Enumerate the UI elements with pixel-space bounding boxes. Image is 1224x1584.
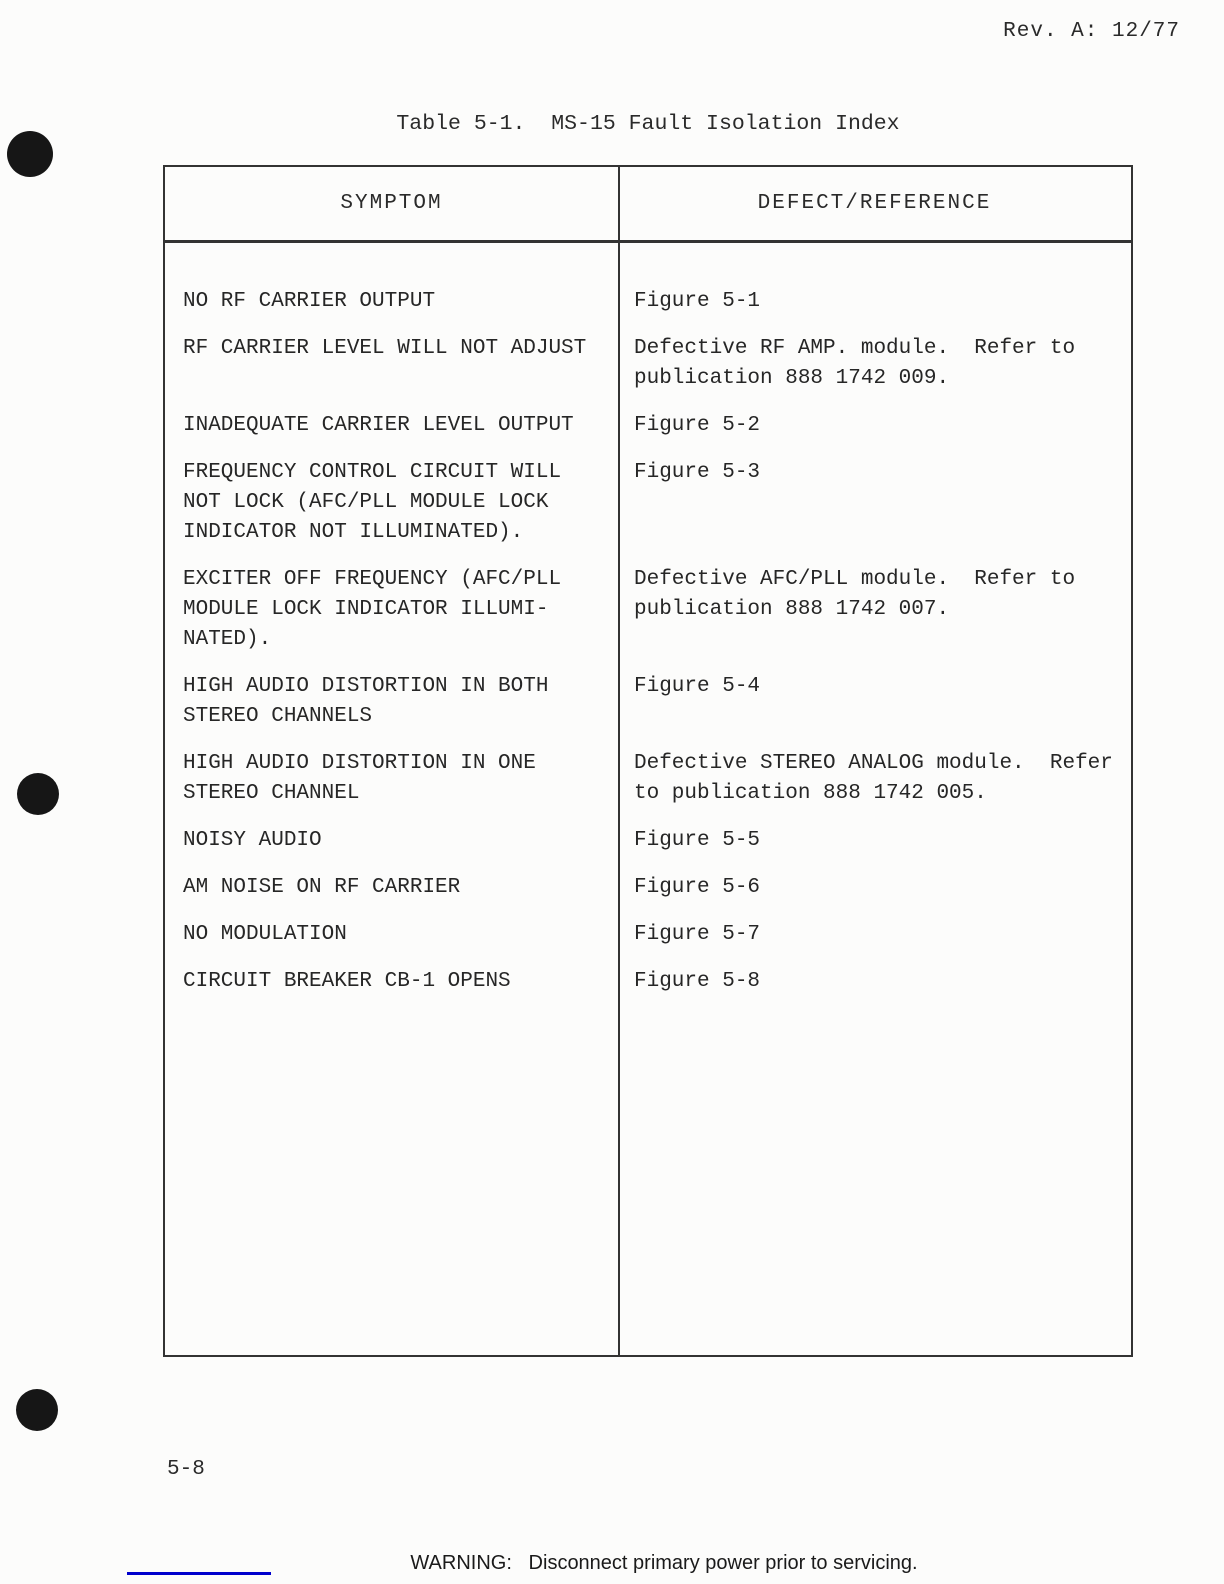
table-row: NOISY AUDIO Figure 5-5 — [165, 826, 1131, 856]
table-row: NO RF CARRIER OUTPUT Figure 5-1 — [165, 287, 1131, 317]
symptom-cell: AM NOISE ON RF CARRIER — [165, 873, 618, 903]
defect-cell: Figure 5-7 — [618, 920, 1131, 950]
scanned-manual-page: { "page": { "rev_label": "Rev. A: 12/77"… — [0, 0, 1224, 1584]
symptom-cell: INADEQUATE CARRIER LEVEL OUTPUT — [165, 411, 618, 441]
table-row: AM NOISE ON RF CARRIER Figure 5-6 — [165, 873, 1131, 903]
table-row: EXCITER OFF FREQUENCY (AFC/PLL MODULE LO… — [165, 565, 1131, 655]
defect-cell: Defective STEREO ANALOG module. Refer to… — [618, 749, 1131, 809]
column-divider — [618, 167, 620, 1355]
table-row: CIRCUIT BREAKER CB-1 OPENS Figure 5-8 — [165, 967, 1131, 997]
defect-cell: Figure 5-5 — [618, 826, 1131, 856]
defect-cell: Figure 5-8 — [618, 967, 1131, 997]
fault-isolation-table: SYMPTOM DEFECT/REFERENCE NO RF CARRIER O… — [163, 165, 1133, 1357]
table-row: FREQUENCY CONTROL CIRCUIT WILL NOT LOCK … — [165, 458, 1131, 548]
page-number: 5-8 — [167, 1458, 205, 1481]
hole-punch-dot — [7, 131, 53, 177]
table-body: NO RF CARRIER OUTPUT Figure 5-1 RF CARRI… — [165, 243, 1131, 997]
symptom-cell: HIGH AUDIO DISTORTION IN BOTH STEREO CHA… — [165, 672, 618, 732]
hole-punch-dot — [17, 773, 59, 815]
symptom-cell: NO MODULATION — [165, 920, 618, 950]
footer-warning: WARNING: Disconnect primary power prior … — [104, 1552, 1224, 1575]
defect-cell: Defective AFC/PLL module. Refer to publi… — [618, 565, 1131, 655]
column-header-symptom: SYMPTOM — [165, 167, 618, 240]
blue-underline-mark — [127, 1572, 271, 1575]
table-header-row: SYMPTOM DEFECT/REFERENCE — [165, 167, 1131, 243]
table-row: HIGH AUDIO DISTORTION IN BOTH STEREO CHA… — [165, 672, 1131, 732]
defect-cell: Figure 5-1 — [618, 287, 1131, 317]
column-header-defect-reference: DEFECT/REFERENCE — [618, 167, 1131, 240]
symptom-cell: FREQUENCY CONTROL CIRCUIT WILL NOT LOCK … — [165, 458, 618, 548]
symptom-cell: HIGH AUDIO DISTORTION IN ONE STEREO CHAN… — [165, 749, 618, 809]
table-row: HIGH AUDIO DISTORTION IN ONE STEREO CHAN… — [165, 749, 1131, 809]
revision-label: Rev. A: 12/77 — [1003, 20, 1180, 43]
defect-cell: Figure 5-2 — [618, 411, 1131, 441]
table-row: NO MODULATION Figure 5-7 — [165, 920, 1131, 950]
defect-cell: Figure 5-6 — [618, 873, 1131, 903]
symptom-cell: NOISY AUDIO — [165, 826, 618, 856]
symptom-cell: RF CARRIER LEVEL WILL NOT ADJUST — [165, 334, 618, 394]
symptom-cell: EXCITER OFF FREQUENCY (AFC/PLL MODULE LO… — [165, 565, 618, 655]
table-row: RF CARRIER LEVEL WILL NOT ADJUST Defecti… — [165, 334, 1131, 394]
symptom-cell: CIRCUIT BREAKER CB-1 OPENS — [165, 967, 618, 997]
table-title: Table 5-1. MS-15 Fault Isolation Index — [163, 112, 1133, 136]
defect-cell: Figure 5-3 — [618, 458, 1131, 548]
defect-cell: Defective RF AMP. module. Refer to publi… — [618, 334, 1131, 394]
symptom-cell: NO RF CARRIER OUTPUT — [165, 287, 618, 317]
hole-punch-dot — [16, 1389, 58, 1431]
table-row: INADEQUATE CARRIER LEVEL OUTPUT Figure 5… — [165, 411, 1131, 441]
defect-cell: Figure 5-4 — [618, 672, 1131, 732]
